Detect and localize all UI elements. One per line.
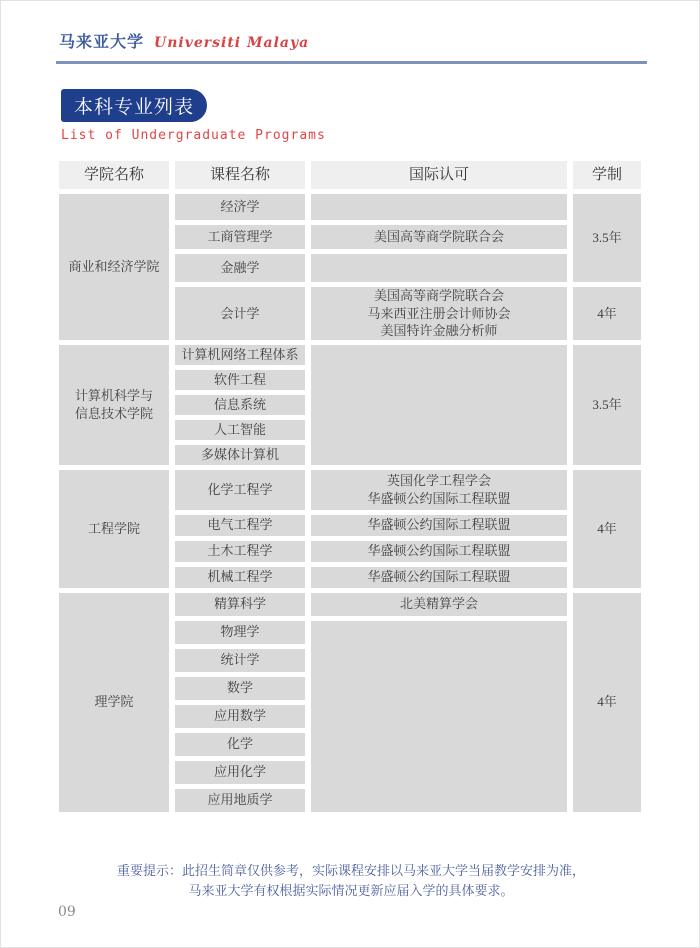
recognition-cell: 英国化学工程学会 华盛顿公约国际工程联盟 [311, 470, 567, 510]
recognition-cell: 华盛顿公约国际工程联盟 [311, 541, 567, 562]
duration-cell: 3.5年 [573, 345, 641, 465]
duration-cell: 3.5年 [573, 194, 641, 282]
course-cell: 统计学 [175, 649, 305, 672]
notice-line-2: 马来亚大学有权根据实际情况更新应届入学的具体要求。 [1, 881, 700, 901]
course-cell: 物理学 [175, 621, 305, 644]
section-title-text: 本科专业列表 [74, 92, 194, 119]
duration-cell: 4年 [573, 593, 641, 812]
course-cell: 工商管理学 [175, 225, 305, 249]
college-cell: 工程学院 [59, 470, 169, 588]
col-header-recognition: 国际认可 [311, 161, 567, 189]
table-row: 商业和经济学院 经济学 3.5年 [59, 194, 641, 220]
table-row: 计算机科学与 信息技术学院 计算机网络工程体系 3.5年 [59, 345, 641, 365]
college-cell: 商业和经济学院 [59, 194, 169, 340]
course-cell: 数学 [175, 677, 305, 700]
recognition-cell: 美国高等商学院联合会 马来西亚注册会计师协会 美国特许金融分析师 [311, 287, 567, 340]
course-cell: 软件工程 [175, 370, 305, 390]
brochure-page: 马来亚大学 Universiti Malaya 本科专业列表 List of U… [0, 0, 700, 948]
university-name-en: Universiti Malaya [154, 35, 309, 51]
recognition-cell [311, 345, 567, 465]
course-cell: 机械工程学 [175, 567, 305, 588]
course-cell: 应用数学 [175, 705, 305, 728]
college-cell: 计算机科学与 信息技术学院 [59, 345, 169, 465]
course-cell: 信息系统 [175, 395, 305, 415]
course-cell: 金融学 [175, 254, 305, 282]
recognition-cell [311, 194, 567, 220]
college-cell: 理学院 [59, 593, 169, 812]
brand-header: 马来亚大学 Universiti Malaya [59, 29, 309, 52]
course-cell: 多媒体计算机 [175, 445, 305, 465]
duration-cell: 4年 [573, 287, 641, 340]
table-row: 工程学院 化学工程学 英国化学工程学会 华盛顿公约国际工程联盟 4年 [59, 470, 641, 510]
university-name-cn: 马来亚大学 [59, 29, 144, 52]
section-subtitle: List of Undergraduate Programs [61, 128, 326, 143]
course-cell: 土木工程学 [175, 541, 305, 562]
course-cell: 经济学 [175, 194, 305, 220]
programs-table: 学院名称 课程名称 国际认可 学制 商业和经济学院 经济学 3.5年 工商管理学… [53, 156, 647, 817]
course-cell: 应用化学 [175, 761, 305, 784]
course-cell: 计算机网络工程体系 [175, 345, 305, 365]
col-header-college: 学院名称 [59, 161, 169, 189]
recognition-cell [311, 254, 567, 282]
duration-cell: 4年 [573, 470, 641, 588]
recognition-cell [311, 621, 567, 812]
table-row: 理学院 精算科学 北美精算学会 4年 [59, 593, 641, 616]
recognition-cell: 华盛顿公约国际工程联盟 [311, 515, 567, 536]
col-header-course: 课程名称 [175, 161, 305, 189]
important-notice: 重要提示：此招生简章仅供参考，实际课程安排以马来亚大学当届教学安排为准， 马来亚… [1, 861, 700, 901]
table-header-row: 学院名称 课程名称 国际认可 学制 [59, 161, 641, 189]
course-cell: 人工智能 [175, 420, 305, 440]
section-title-badge: 本科专业列表 [61, 89, 207, 122]
programs-table-wrapper: 学院名称 课程名称 国际认可 学制 商业和经济学院 经济学 3.5年 工商管理学… [53, 156, 647, 817]
recognition-cell: 华盛顿公约国际工程联盟 [311, 567, 567, 588]
course-cell: 应用地质学 [175, 789, 305, 812]
recognition-cell: 美国高等商学院联合会 [311, 225, 567, 249]
page-number: 09 [58, 904, 76, 920]
course-cell: 精算科学 [175, 593, 305, 616]
course-cell: 化学 [175, 733, 305, 756]
header-divider [56, 61, 647, 64]
notice-line-1: 重要提示：此招生简章仅供参考，实际课程安排以马来亚大学当届教学安排为准， [1, 861, 700, 881]
course-cell: 电气工程学 [175, 515, 305, 536]
recognition-cell: 北美精算学会 [311, 593, 567, 616]
course-cell: 化学工程学 [175, 470, 305, 510]
course-cell: 会计学 [175, 287, 305, 340]
col-header-duration: 学制 [573, 161, 641, 189]
